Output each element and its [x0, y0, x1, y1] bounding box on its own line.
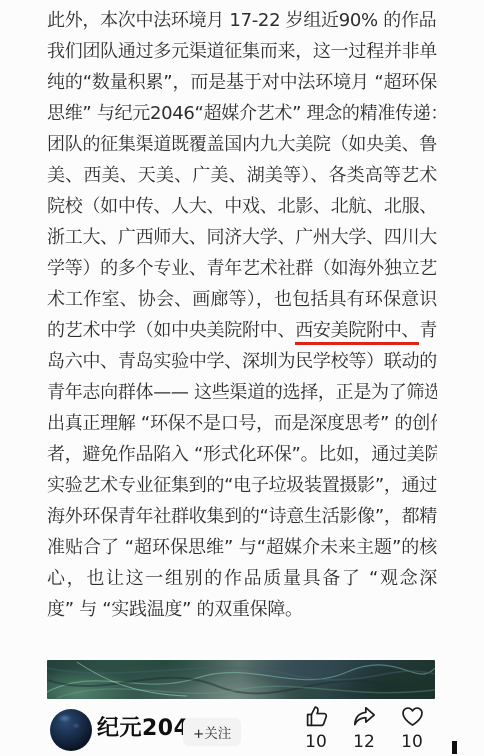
article-line: 术工作室、协会、画廊等），也包括具有环保意识 — [47, 284, 437, 315]
share-arrow-icon — [351, 703, 378, 730]
heart-count: 10 — [401, 732, 423, 752]
heart-action[interactable]: 10 — [391, 703, 433, 752]
article-line: 团队的征集渠道既覆盖国内九大美院（如央美、鲁 — [47, 129, 437, 160]
article-line: 思维” 与纪元2046“超媒介艺术” 理念的精准传递： — [47, 98, 437, 129]
share-count: 12 — [353, 732, 375, 752]
follow-button[interactable]: +关注 — [183, 718, 241, 746]
article-line: 准贴合了 “超环保思维” 与“超媒介未来主题”的核 — [47, 532, 437, 563]
red-underlined-text: 西安美院附中、 — [295, 320, 419, 345]
article-line: 学等）的多个专业、青年艺术社群（如海外独立艺 — [47, 253, 437, 284]
line-segment: 青 — [419, 320, 437, 341]
article-line: 院校（如中传、人大、中戏、北影、北航、北服、 — [47, 191, 437, 222]
author-avatar[interactable] — [50, 709, 92, 751]
article-line: 浙工大、广西师大、同济大学、广州大学、四川大 — [47, 222, 437, 253]
article-body: 此外，本次中法环境月 17-22 岁组近90% 的作品由 我们团队通过多元渠道征… — [47, 5, 437, 625]
article-line-underlined: 的艺术中学（如中央美院附中、西安美院附中、青 — [47, 315, 437, 346]
article-line: 我们团队通过多元渠道征集而来，这一过程并非单 — [47, 36, 437, 67]
article-line: 实验艺术专业征集到的“电子垃圾装置摄影”，通过 — [47, 470, 437, 501]
share-action[interactable]: 12 — [343, 703, 385, 752]
like-action[interactable]: 10 — [295, 703, 337, 752]
article-line: 青年志向群体—— 这些渠道的选择，正是为了筛选 — [47, 377, 437, 408]
article-line: 心，也让这一组别的作品质量具备了 “观念深 — [47, 563, 437, 594]
thumbs-up-icon — [303, 703, 330, 730]
article-line: 此外，本次中法环境月 17-22 岁组近90% 的作品由 — [47, 5, 437, 36]
article-line: 纯的“数量积累”，而是基于对中法环境月 “超环保 — [47, 67, 437, 98]
article-line: 美、西美、天美、广美、湖美等）、各类高等艺术 — [47, 160, 437, 191]
artwork-image[interactable] — [47, 660, 435, 699]
article-line: 度” 与 “实践温度” 的双重保障。 — [47, 594, 437, 625]
heart-icon — [399, 703, 426, 730]
action-bar: 10 12 10 — [295, 703, 433, 752]
article-line: 者，避免作品陷入 “形式化环保”。比如，通过美院 — [47, 439, 437, 470]
article-line: 海外环保青年社群收集到的“诗意生活影像”，都精 — [47, 501, 437, 532]
marble-swirl-decoration — [47, 660, 435, 699]
like-count: 10 — [305, 732, 327, 752]
caret-marker — [452, 741, 457, 754]
line-segment: 的艺术中学（如中央美院附中、 — [47, 320, 295, 341]
article-page: 此外，本次中法环境月 17-22 岁组近90% 的作品由 我们团队通过多元渠道征… — [0, 0, 484, 756]
article-line: 出真正理解 “环保不是口号，而是深度思考” 的创作 — [47, 408, 437, 439]
article-line: 岛六中、青岛实验中学、深圳为民学校等）联动的 — [47, 346, 437, 377]
